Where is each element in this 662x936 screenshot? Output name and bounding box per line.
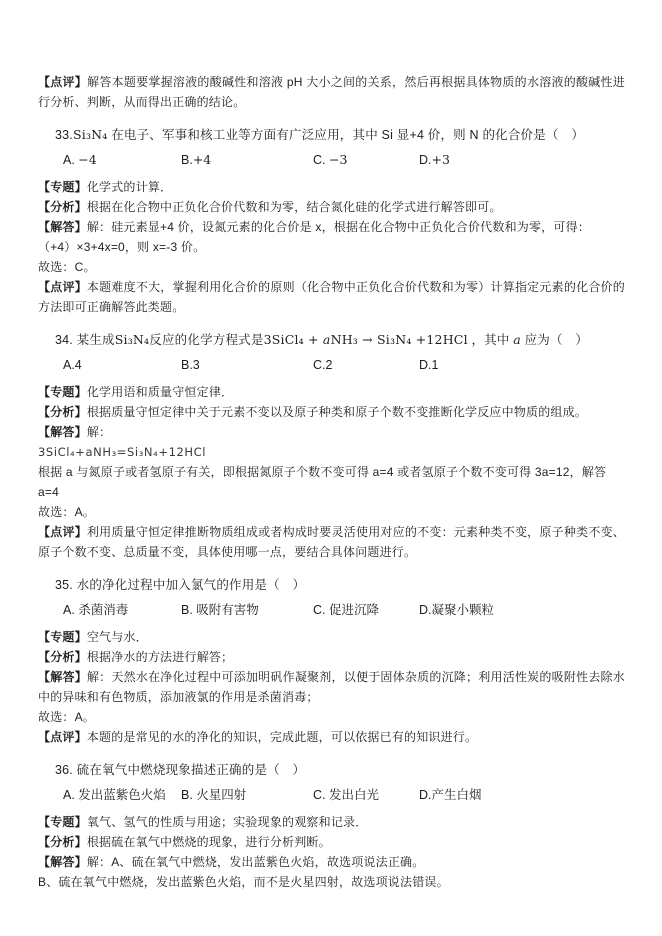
option-c: C. 促进沉降 xyxy=(313,600,419,620)
question-35: 35. 水的净化过程中加入氯气的作用是（ ） A. 杀菌消毒 B. 吸附有害物 … xyxy=(38,575,625,747)
choice-line: 故选：A。 xyxy=(38,707,625,727)
reasoning-result-line: a=4 xyxy=(38,482,625,502)
document-page: 【点评】解答本题要掌握溶液的酸碱性和溶液 pH 大小之间的关系，然后再根据具体物… xyxy=(0,0,662,936)
option-c: C. 发出白光 xyxy=(313,785,419,805)
reasoning-line: 根据 a 与氮原子或者氢原子有关，即根据氮原子个数不变可得 a=4 或者氢原子个… xyxy=(38,462,625,482)
topic-line: 【专题】化学用语和质量守恒定律． xyxy=(38,382,625,402)
analysis-line: 【分析】根据质量守恒定律中关于元素不变以及原子种类和原子个数不变推断化学反应中物… xyxy=(38,402,625,422)
option-b: B. 火星四射 xyxy=(181,785,313,805)
question-35-stem: 35. 水的净化过程中加入氯气的作用是（ ） xyxy=(38,575,625,595)
question-33-stem: 33.Si₃N₄ 在电子、军事和核工业等方面有广泛应用，其中 Si 显+4 价，… xyxy=(38,125,625,145)
option-d: D.产生白烟 xyxy=(419,785,625,805)
choice-line: 故选：A。 xyxy=(38,502,625,522)
calculation-line: （+4）×3+4x=0，则 x=-3 价。 xyxy=(38,237,625,257)
option-a: A. 杀菌消毒 xyxy=(63,600,181,620)
comment-line: 【点评】本题难度不大，掌握利用化合价的原则（化合物中正负化合价代数和为零）计算指… xyxy=(38,277,625,317)
answer-line: 【解答】解：硅元素显+4 价，设氮元素的化合价是 x，根据在化合物中正负化合价代… xyxy=(38,217,625,237)
option-d: D.+3 xyxy=(419,150,625,170)
option-b: B.+4 xyxy=(181,150,313,170)
option-d: D.凝聚小颗粒 xyxy=(419,600,625,620)
chemical-equation: 3SiCl₄+aNH₃=Si₃N₄+12HCl xyxy=(38,442,625,462)
question-33-options: A. −4 B.+4 C. −3 D.+3 xyxy=(38,150,625,170)
question-34: 34. 某生成Si₃N₄反应的化学方程式是3SiCl₄ + aNH₃ → Si₃… xyxy=(38,330,625,562)
option-c: C. −3 xyxy=(313,150,419,170)
analysis-line: 【分析】根据净水的方法进行解答； xyxy=(38,647,625,667)
option-b: B.3 xyxy=(181,355,313,375)
question-34-stem: 34. 某生成Si₃N₄反应的化学方程式是3SiCl₄ + aNH₃ → Si₃… xyxy=(38,330,625,350)
topic-line: 【专题】氧气、氢气的性质与用途；实验现象的观察和记录． xyxy=(38,812,625,832)
option-d: D.1 xyxy=(419,355,625,375)
comment-line: 【点评】利用质量守恒定律推断物质组成或者构成时要灵活使用对应的不变：元素种类不变… xyxy=(38,522,625,562)
topic-line: 【专题】空气与水． xyxy=(38,627,625,647)
answer-line: 【解答】解：天然水在净化过程中可添加明矾作凝聚剂，以便于固体杂质的沉降；利用活性… xyxy=(38,667,625,707)
answer-line-b: B、硫在氧气中燃烧，发出蓝紫色火焰，而不是火星四射，故选项说法错误。 xyxy=(38,872,625,892)
analysis-line: 【分析】根据硫在氧气中燃烧的现象，进行分析判断。 xyxy=(38,832,625,852)
comment-line: 【点评】本题的是常见的水的净化的知识，完成此题，可以依据已有的知识进行。 xyxy=(38,727,625,747)
question-35-options: A. 杀菌消毒 B. 吸附有害物 C. 促进沉降 D.凝聚小颗粒 xyxy=(38,600,625,620)
option-c: C.2 xyxy=(313,355,419,375)
answer-line: 【解答】解： xyxy=(38,422,625,442)
analysis-line: 【分析】根据在化合物中正负化合价代数和为零，结合氮化硅的化学式进行解答即可。 xyxy=(38,197,625,217)
carryover-comment-line: 【点评】解答本题要掌握溶液的酸碱性和溶液 pH 大小之间的关系，然后再根据具体物… xyxy=(38,72,625,112)
question-36-options: A. 发出蓝紫色火焰 B. 火星四射 C. 发出白光 D.产生白烟 xyxy=(38,785,625,805)
topic-line: 【专题】化学式的计算． xyxy=(38,177,625,197)
option-a: A.4 xyxy=(63,355,181,375)
question-34-options: A.4 B.3 C.2 D.1 xyxy=(38,355,625,375)
question-36-stem: 36. 硫在氧气中燃烧现象描述正确的是（ ） xyxy=(38,760,625,780)
option-a: A. −4 xyxy=(63,150,181,170)
answer-line-a: 【解答】解：A、硫在氧气中燃烧，发出蓝紫色火焰，故选项说法正确。 xyxy=(38,852,625,872)
question-33: 33.Si₃N₄ 在电子、军事和核工业等方面有广泛应用，其中 Si 显+4 价，… xyxy=(38,125,625,317)
option-b: B. 吸附有害物 xyxy=(181,600,313,620)
option-a: A. 发出蓝紫色火焰 xyxy=(63,785,181,805)
question-36: 36. 硫在氧气中燃烧现象描述正确的是（ ） A. 发出蓝紫色火焰 B. 火星四… xyxy=(38,760,625,892)
choice-line: 故选：C。 xyxy=(38,257,625,277)
